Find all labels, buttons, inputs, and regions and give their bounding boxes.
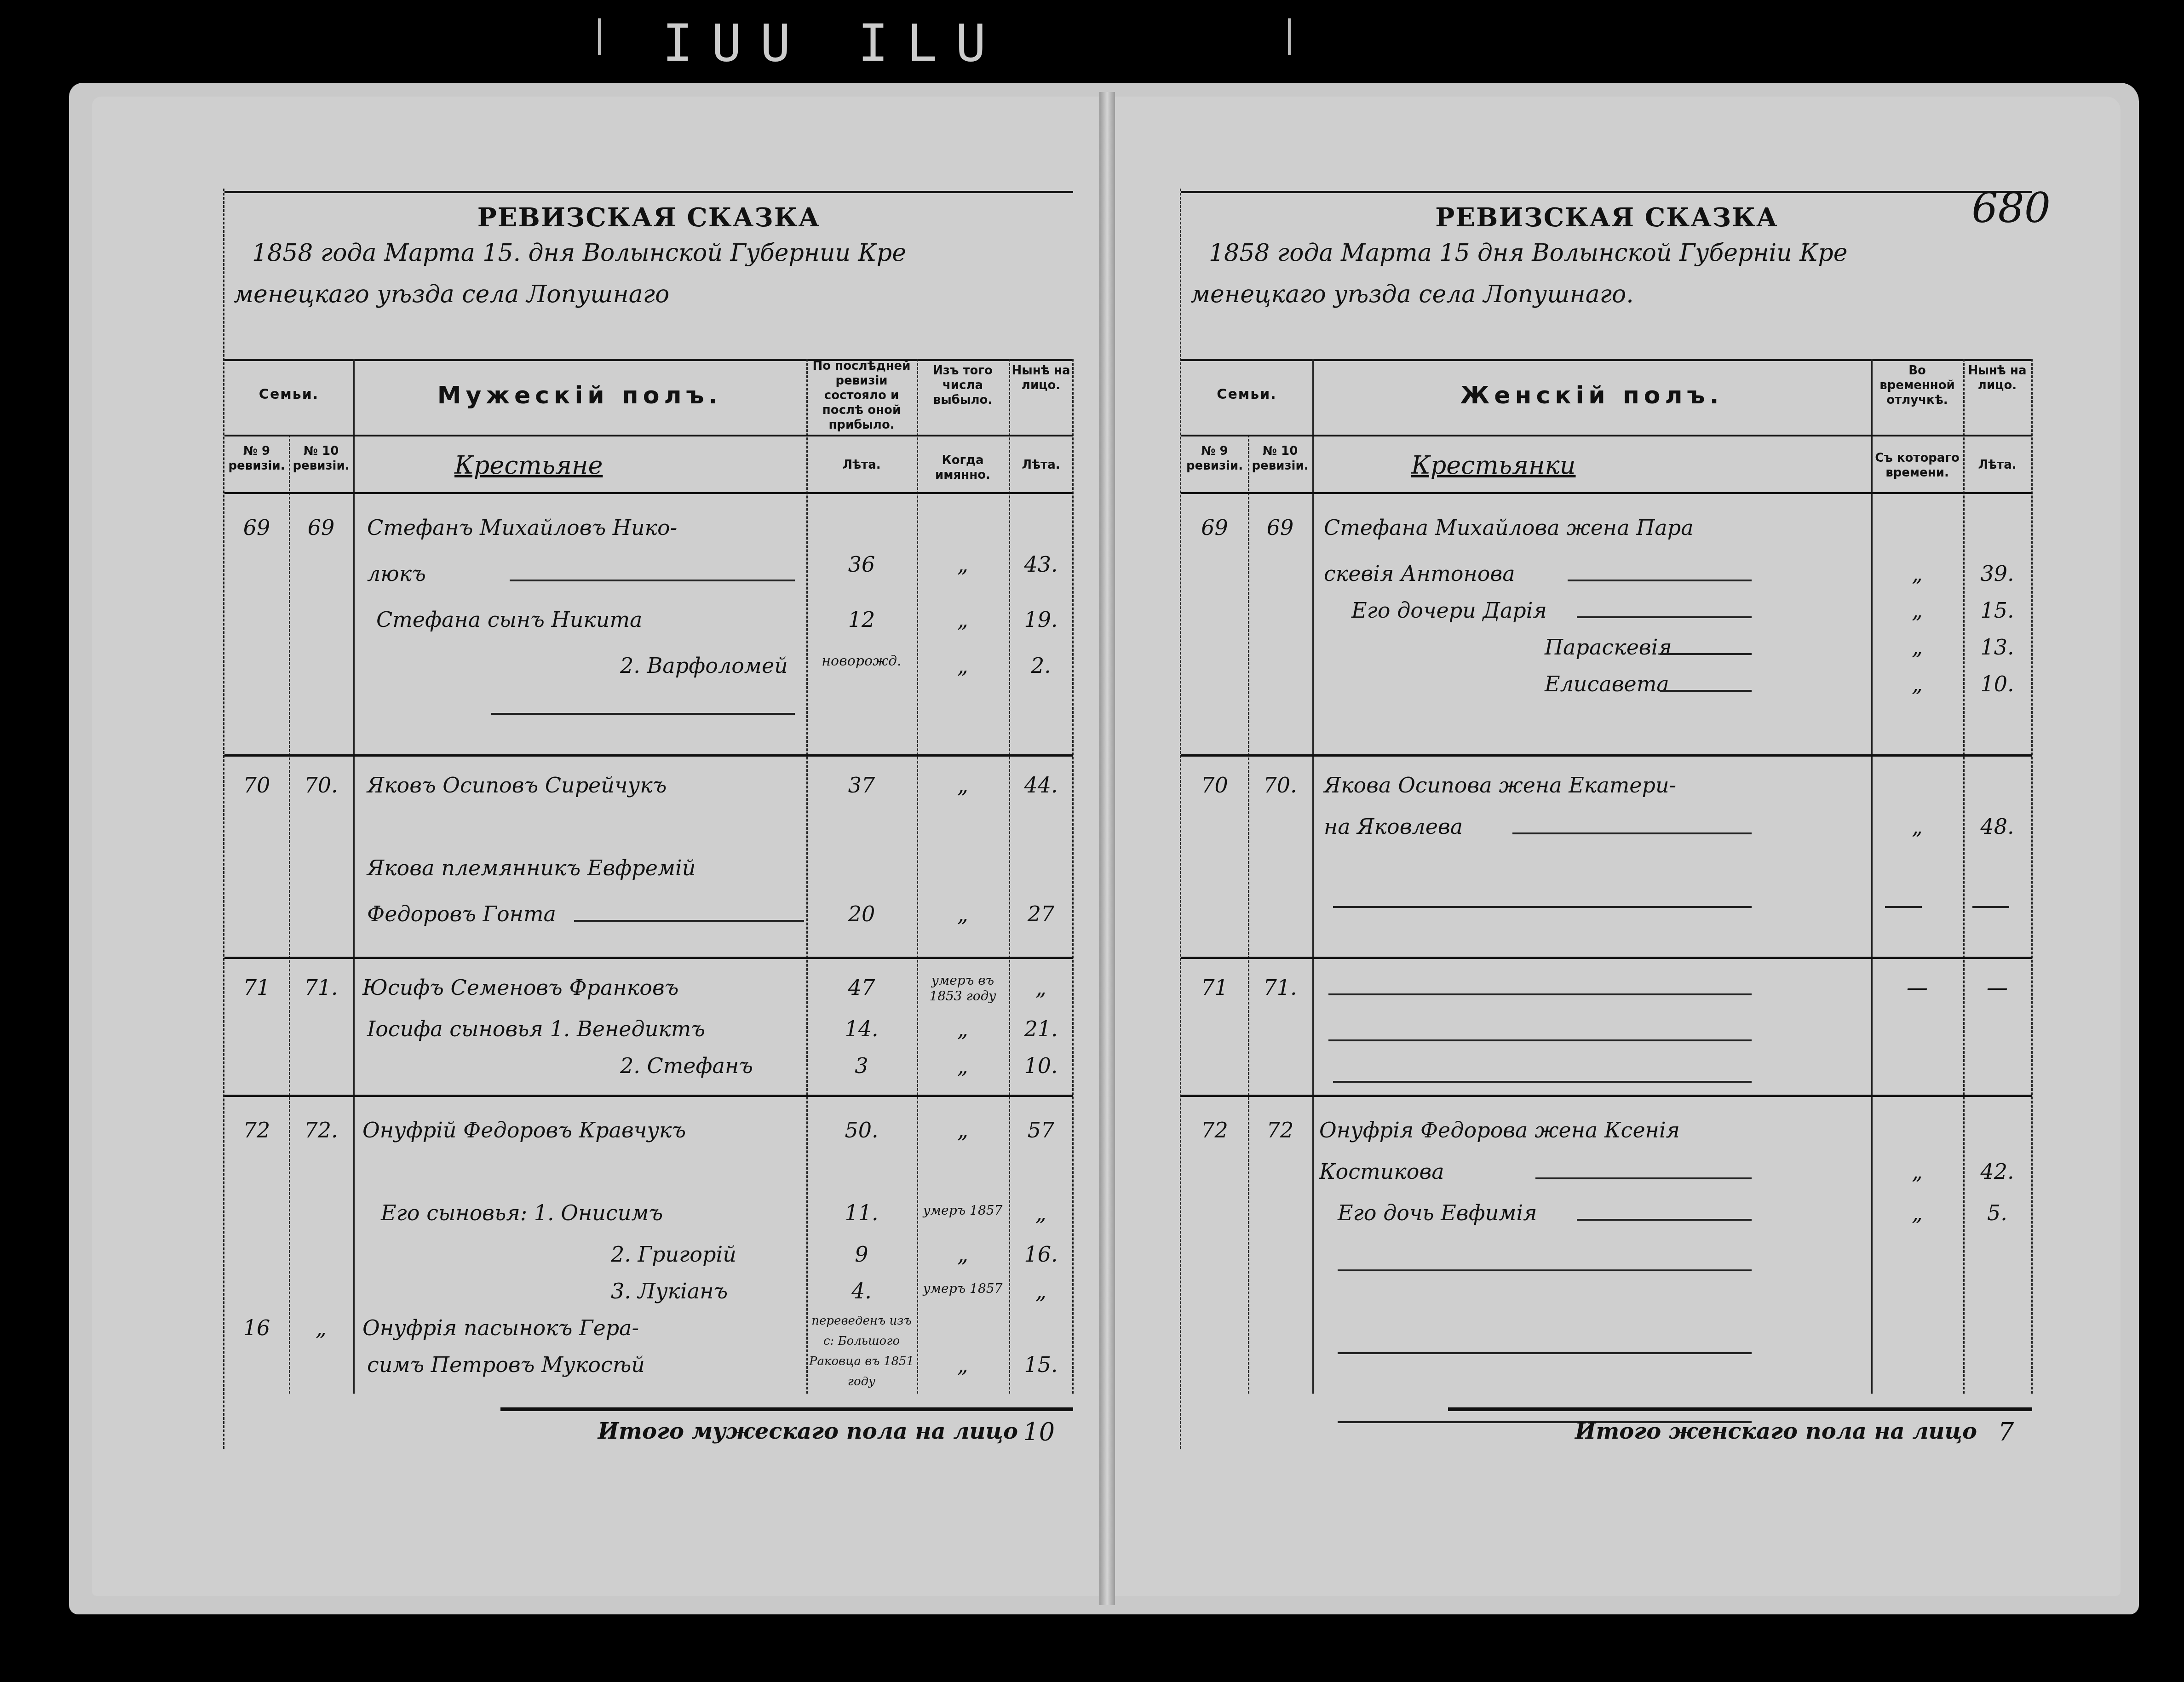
present-age: 43. [1009, 552, 1073, 577]
present-age: 16. [1009, 1242, 1073, 1267]
family-rule [1181, 957, 2032, 959]
page-title: РЕВИЗСКАЯ СКАЗКА [1181, 202, 2032, 233]
scan-tick [598, 18, 601, 55]
age-last-revision: 36 [806, 552, 917, 577]
present-age: — [1963, 975, 2031, 1000]
person-name: 2. Варфоломей [620, 653, 788, 678]
col-divider [1963, 359, 1965, 1394]
rev10-number: 69 [1248, 515, 1312, 540]
fill-line [1338, 1352, 1752, 1354]
departed-value: „ [917, 1016, 1009, 1041]
present-age: 13. [1963, 635, 2031, 660]
person-name: 2. Григорій [611, 1242, 736, 1267]
departed-value: „ [917, 607, 1009, 632]
transfer-note: переведенъ изъ с: Большого Раковца въ 18… [809, 1311, 914, 1392]
scan-header-mark: IUU ILU [598, 0, 1380, 69]
present-age: 2. [1009, 653, 1073, 678]
age-last-revision: 14. [806, 1016, 917, 1041]
fill-line [1338, 1269, 1752, 1271]
rev9-number: 70 [1181, 773, 1248, 798]
header-rule [224, 435, 1073, 436]
person-name: Юсифъ Семеновъ Франковъ [362, 975, 678, 1000]
person-name: на Яковлева [1324, 814, 1463, 839]
estate-label: Крестьянки [1411, 451, 1576, 480]
book-gutter [1099, 92, 1115, 1605]
person-name: Федоровъ Гонта [367, 901, 556, 926]
departed-value: „ [917, 901, 1009, 926]
departed-value: „ [917, 1352, 1009, 1377]
fill-line [1577, 1219, 1752, 1221]
person-name: Стефанъ Михайловъ Нико- [367, 515, 677, 540]
age-last-revision: 3 [806, 1053, 917, 1078]
departed-value: „ [917, 1118, 1009, 1142]
rev9-number: 70 [224, 773, 289, 798]
male-register-table: Семьи. Мужескій полъ. По послѣдней ревиз… [224, 359, 1073, 1394]
age-last-revision: 12 [806, 607, 917, 632]
family-rule [224, 957, 1073, 959]
header-families: Семьи. [224, 386, 353, 402]
person-name: Стефана сынъ Никита [376, 607, 643, 632]
age-last-revision: 20 [806, 901, 917, 926]
rev9-number: 71 [224, 975, 289, 1000]
fill-line [1328, 1039, 1752, 1041]
rev9-number: 69 [1181, 515, 1248, 540]
person-name: Костикова [1319, 1159, 1444, 1184]
absent-value: „ [1871, 1200, 1963, 1225]
present-age: 48. [1963, 814, 2031, 839]
header-absent: Во временной отлучкѣ. [1871, 363, 1963, 408]
fill-line [1660, 653, 1752, 655]
present-age: 57 [1009, 1118, 1073, 1142]
header-years: Лѣта. [806, 458, 917, 472]
person-name: Яковъ Осиповъ Сирейчукъ [367, 773, 667, 798]
person-name: люкъ [367, 561, 426, 586]
total-rule [500, 1407, 1073, 1411]
departed-value: умеръ 1857 [917, 1203, 1009, 1218]
rev10-number: 72 [1248, 1118, 1312, 1142]
header-bottom-rule [224, 492, 1073, 494]
scan-tick [1288, 18, 1291, 55]
person-name: Параскевія [1545, 635, 1672, 660]
header-bottom-rule [1181, 492, 2032, 494]
person-name: Якова племянникъ Евфремій [367, 855, 695, 880]
present-age: „ [1009, 1200, 1073, 1225]
rev10-number: 70. [1248, 773, 1312, 798]
female-total-value: 7 [1998, 1418, 2014, 1447]
family-rule [224, 1095, 1073, 1097]
fill-line [574, 920, 804, 922]
age-last-revision: 47 [806, 975, 917, 1000]
person-name: Онуфрій Федоровъ Кравчукъ [362, 1118, 686, 1142]
absent-value: „ [1871, 814, 1963, 839]
fill-line [1328, 993, 1752, 995]
header-since: Съ котораго времени. [1871, 451, 1963, 480]
fill-line [1885, 906, 1922, 908]
absent-value: „ [1871, 1159, 1963, 1184]
age-last-revision: 11. [806, 1200, 917, 1225]
estate-label: Крестьяне [454, 451, 603, 480]
rev9-number: 72 [1181, 1118, 1248, 1142]
rev9-number: 72 [224, 1118, 289, 1142]
col-divider [1871, 359, 1873, 1394]
rev9-number: 71 [1181, 975, 1248, 1000]
col-divider [1312, 359, 1314, 1394]
col-divider [917, 359, 918, 1394]
age-last-revision: новорожд. [806, 653, 917, 669]
date-line: 1858 года Марта 15 дня Волынской Губерні… [1209, 239, 1848, 267]
fill-line [1333, 1081, 1752, 1083]
scan-mark-text: IUU ILU [662, 14, 1005, 73]
fill-line [1535, 1177, 1752, 1179]
absent-value: „ [1871, 598, 1963, 623]
male-total-label: Итого мужескаго пола на лицо [598, 1418, 1018, 1444]
person-name: Его сыновья: 1. Онисимъ [381, 1200, 663, 1225]
header-when: Когда имянно. [917, 453, 1009, 482]
departed-value: „ [917, 1053, 1009, 1078]
header-present: Нынѣ на лицо. [1963, 363, 2031, 393]
absent-value: „ [1871, 672, 1963, 696]
header-rev10: № 10 ревизіи. [1248, 444, 1312, 473]
present-age: 27 [1009, 901, 1073, 926]
right-register-sheet: 680 РЕВИЗСКАЯ СКАЗКА 1858 года Марта 15 … [1180, 189, 2032, 1449]
header-present: Нынѣ на лицо. [1009, 363, 1073, 393]
page-title: РЕВИЗСКАЯ СКАЗКА [224, 202, 1073, 233]
person-name: 2. Стефанъ [620, 1053, 753, 1078]
person-name: Елисавета [1545, 672, 1669, 696]
header-last-revision: По послѣдней ревизіи состояло и послѣ он… [806, 359, 917, 432]
fill-line [1972, 906, 2009, 908]
departed-value: „ [917, 552, 1009, 577]
departed-value: „ [917, 653, 1009, 678]
left-register-sheet: РЕВИЗСКАЯ СКАЗКА 1858 года Марта 15. дня… [223, 189, 1073, 1449]
header-families: Семьи. [1181, 386, 1312, 402]
fill-line [1577, 616, 1752, 618]
header-departed: Изъ того числа выбыло. [917, 363, 1009, 408]
absent-value: — [1871, 975, 1963, 1000]
col-divider [1248, 435, 1249, 1394]
rev10-number: 70. [289, 773, 353, 798]
fill-line [1512, 832, 1752, 834]
top-rule [1181, 191, 2032, 193]
date-line-2: менецкаго уѣзда села Лопушнаго [234, 281, 669, 308]
family-rule [1181, 1095, 2032, 1097]
person-name: Онуфрія пасынокъ Гера- [362, 1315, 639, 1340]
female-register-table: Семьи. Женскій полъ. Во временной отлучк… [1181, 359, 2032, 1394]
departed-value: умеръ 1857 [917, 1281, 1009, 1296]
departed-value: умеръ въ 1853 году [917, 973, 1009, 1004]
top-rule [224, 191, 1073, 193]
present-age: 10. [1009, 1053, 1073, 1078]
person-name: Его дочери Дарія [1351, 598, 1547, 623]
present-age: 19. [1009, 607, 1073, 632]
date-line-2: менецкаго уѣзда села Лопушнаго. [1190, 281, 1634, 308]
rev10-number: 72. [289, 1118, 353, 1142]
person-name: Онуфрія Федорова жена Ксенія [1319, 1118, 1680, 1142]
fill-line [491, 713, 795, 715]
female-total-label: Итого женскаго пола на лицо [1575, 1418, 1977, 1444]
present-age: 15. [1963, 598, 2031, 623]
total-rule [1448, 1407, 2032, 1411]
rev10-number: 71. [289, 975, 353, 1000]
male-total-value: 10 [1023, 1418, 1055, 1447]
present-age: „ [1009, 975, 1073, 1000]
present-age: 15. [1009, 1352, 1073, 1377]
departed-value: „ [917, 773, 1009, 798]
header-rev10: № 10 ревизіи. [289, 444, 353, 473]
person-name: симъ Петровъ Мукосѣй [367, 1352, 645, 1377]
header-female-section: Женскій полъ. [1312, 382, 1871, 409]
present-age: 5. [1963, 1200, 2031, 1225]
departed-value: „ [917, 1242, 1009, 1267]
person-name: Якова Осипова жена Екатери- [1324, 773, 1676, 798]
absent-value: „ [1871, 635, 1963, 660]
present-age: 39. [1963, 561, 2031, 586]
absent-value: „ [1871, 561, 1963, 586]
col-divider [1009, 359, 1010, 1394]
person-name: 3. Лукіанъ [611, 1279, 728, 1303]
header-rev9: № 9 ревизіи. [1181, 444, 1248, 473]
rev10-number: „ [289, 1315, 353, 1340]
table-top-rule [224, 359, 1073, 361]
present-age: 42. [1963, 1159, 2031, 1184]
rev10-number: 71. [1248, 975, 1312, 1000]
present-age: „ [1009, 1279, 1073, 1303]
fill-line [1568, 580, 1752, 581]
header-rule [1181, 435, 2032, 436]
present-age: 10. [1963, 672, 2031, 696]
header-years: Лѣта. [1963, 458, 2031, 472]
col-divider [1072, 359, 1074, 1394]
fill-line [1660, 690, 1752, 692]
present-age: 21. [1009, 1016, 1073, 1041]
age-last-revision: 9 [806, 1242, 917, 1267]
rev9-number: 69 [224, 515, 289, 540]
header-male-section: Мужескій полъ. [353, 382, 806, 409]
header-rev9: № 9 ревизіи. [224, 444, 289, 473]
age-last-revision: 37 [806, 773, 917, 798]
present-age: 44. [1009, 773, 1073, 798]
person-name: скевія Антонова [1324, 561, 1515, 586]
age-last-revision: 50. [806, 1118, 917, 1142]
col-divider [806, 359, 808, 1394]
fill-line [1333, 906, 1752, 908]
fill-line [510, 580, 795, 581]
col-divider [2031, 359, 2033, 1394]
rev9-number: 16 [224, 1315, 289, 1340]
rev10-number: 69 [289, 515, 353, 540]
col-divider [289, 435, 290, 1394]
age-last-revision: 4. [806, 1279, 917, 1303]
header-years: Лѣта. [1009, 458, 1073, 472]
person-name: Стефана Михайлова жена Пара [1324, 515, 1694, 540]
date-line: 1858 года Марта 15. дня Волынской Губерн… [252, 239, 906, 267]
person-name: Іосифа сыновья 1. Венедиктъ [367, 1016, 705, 1041]
family-rule [1181, 754, 2032, 757]
table-top-rule [1181, 359, 2032, 361]
col-divider [353, 359, 355, 1394]
family-rule [224, 754, 1073, 757]
person-name: Его дочь Евфимія [1338, 1200, 1537, 1225]
